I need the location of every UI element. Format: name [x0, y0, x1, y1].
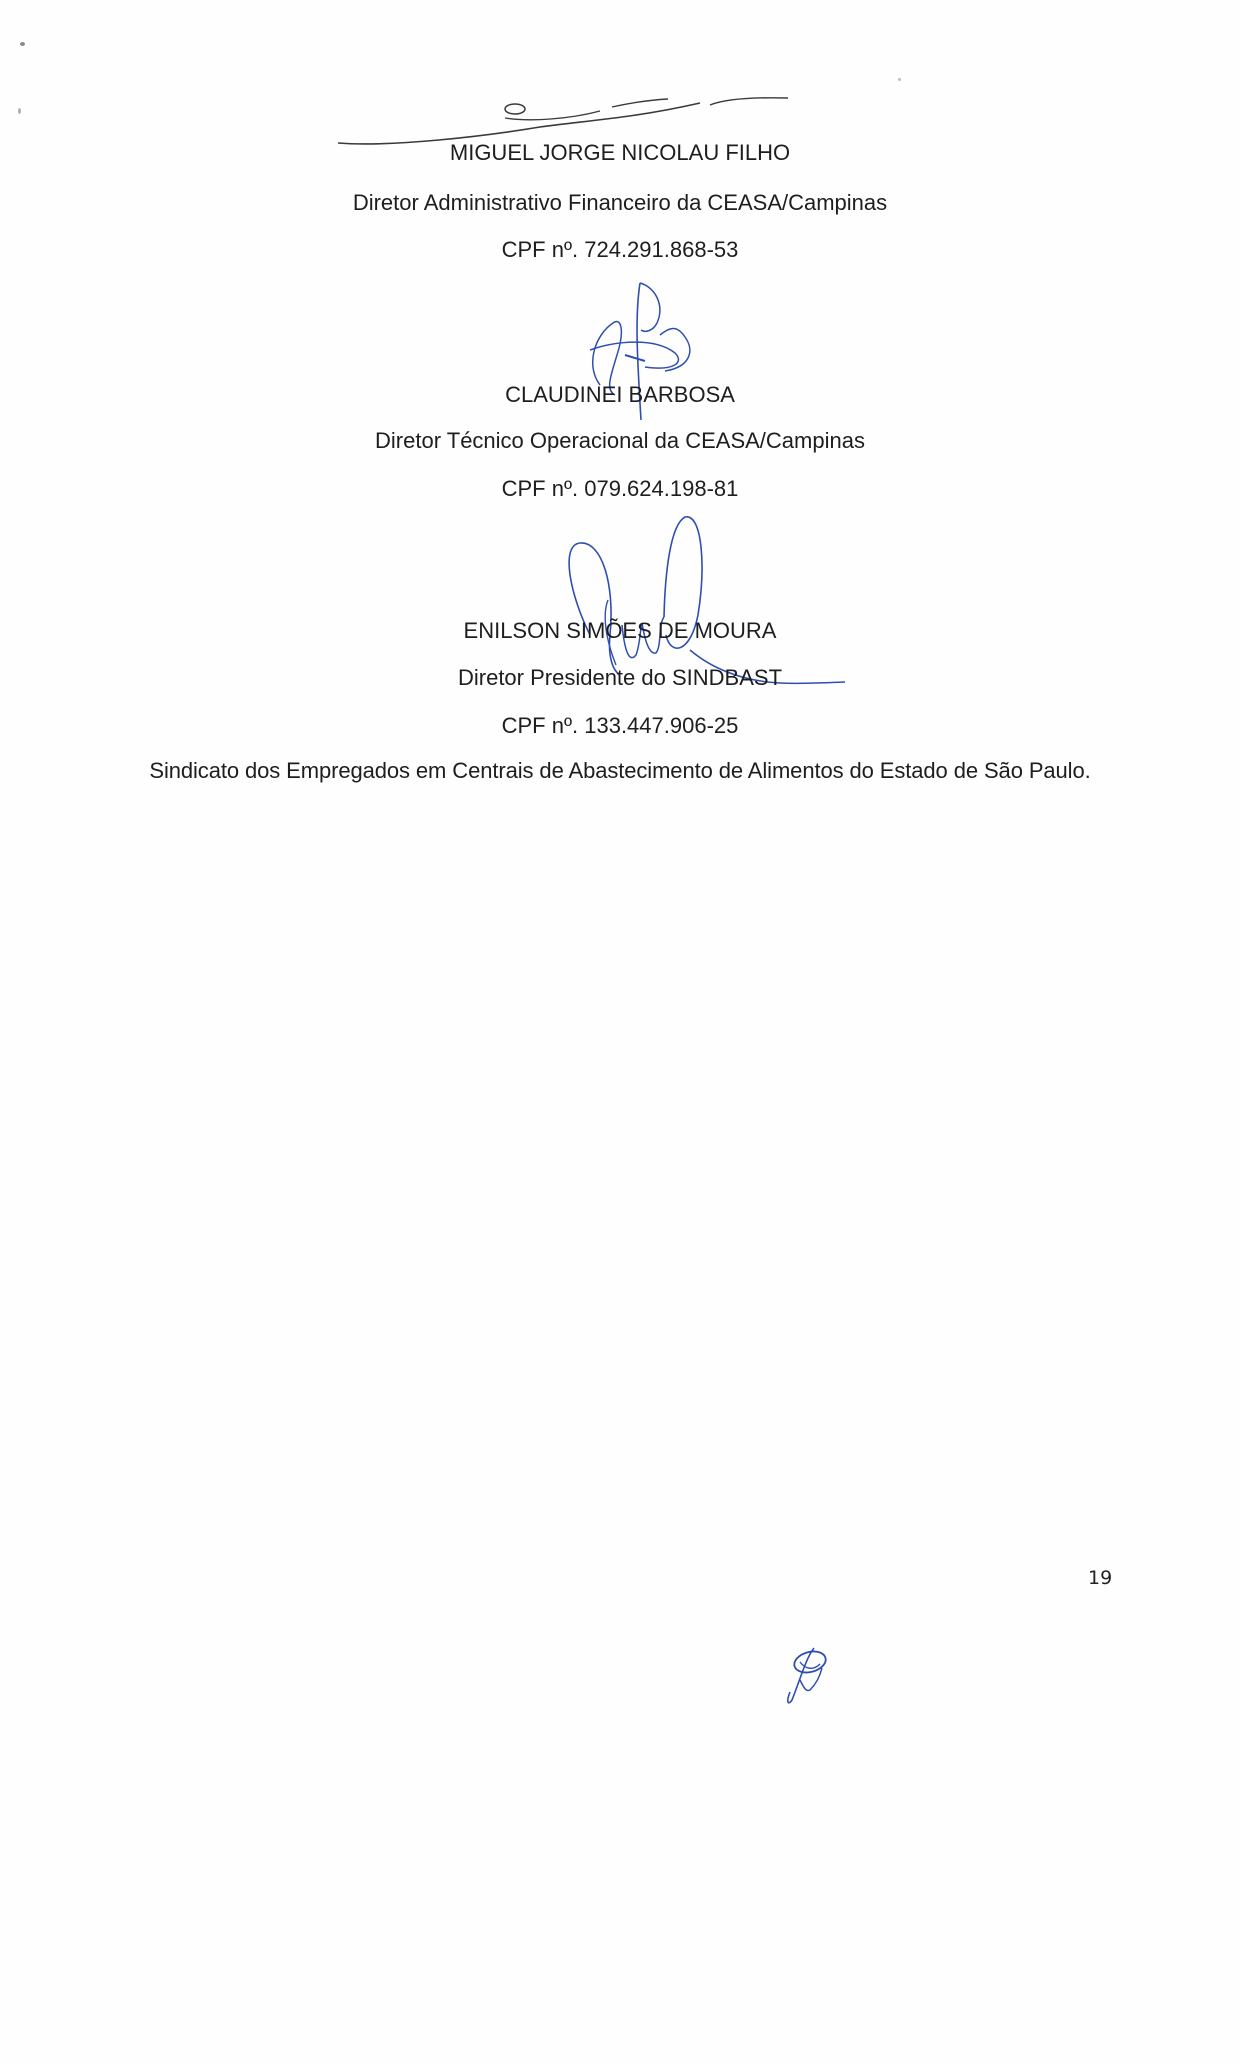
scan-speck [18, 108, 21, 114]
scan-speck [898, 78, 901, 81]
signatory-role: Diretor Administrativo Financeiro da CEA… [0, 190, 1240, 216]
scan-speck [20, 42, 25, 46]
signatory-cpf: CPF nº. 724.291.868-53 [0, 237, 1240, 263]
signatory-name: MIGUEL JORGE NICOLAU FILHO [0, 140, 1240, 166]
signatory-role: Diretor Presidente do SINDBAST [0, 665, 1240, 691]
signatory-role: Diretor Técnico Operacional da CEASA/Cam… [0, 428, 1240, 454]
initials-icon [770, 1640, 850, 1710]
organization-footer: Sindicato dos Empregados em Centrais de … [0, 758, 1240, 784]
signatory-cpf: CPF nº. 133.447.906-25 [0, 713, 1240, 739]
document-page: MIGUEL JORGE NICOLAU FILHO Diretor Admin… [0, 0, 1240, 2065]
page-number: 19 [1088, 1566, 1112, 1590]
signatory-cpf: CPF nº. 079.624.198-81 [0, 476, 1240, 502]
signatory-name: CLAUDINEI BARBOSA [0, 382, 1240, 408]
signatory-name: ENILSON SIMÕES DE MOURA [0, 618, 1240, 644]
